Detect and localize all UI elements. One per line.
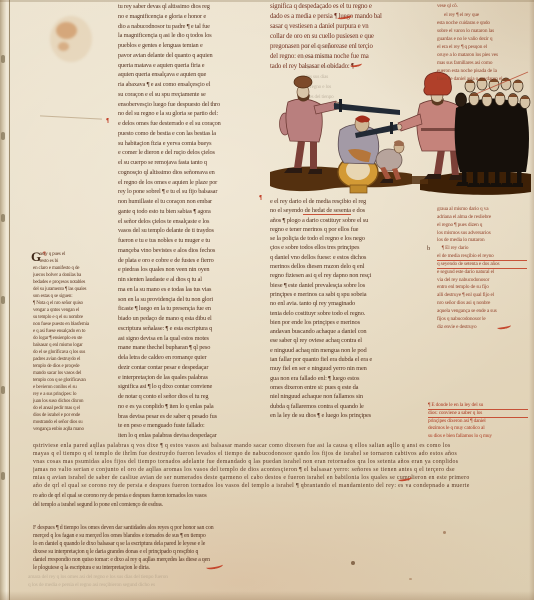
scratch-line — [40, 115, 102, 119]
manuscript-page: tu rey saber devas ql altissimo dios reg… — [0, 0, 534, 600]
stitch-mark — [1, 386, 5, 394]
red-underline — [303, 214, 351, 215]
speck — [443, 531, 446, 534]
stitch-mark — [1, 472, 5, 480]
bottom-paragraph: F despues ¶ d tiempo los omes deven dar … — [33, 524, 295, 574]
main-text-column-right: e el rey dario el de media resçibio el r… — [270, 197, 436, 421]
red-underline — [428, 417, 528, 418]
bottom-medium-lines: ro año de qrl el qual se corono rey de p… — [33, 492, 271, 510]
margin-paraph-mark: ¶ — [259, 195, 262, 201]
showthrough-text: amara del rey q los omes asi del regno e… — [28, 574, 243, 590]
stain-blotch — [56, 22, 77, 39]
group-of-black-robed-men — [455, 78, 530, 187]
red-underline — [437, 260, 527, 261]
page-bottom-edge — [0, 591, 534, 600]
main-text-column-left: tu rey saber devas ql altissimo dios reg… — [118, 2, 268, 442]
stitch-mark — [1, 55, 5, 63]
right-margin-gloss-top: el rey ¶ el rey que esta noche cuidaras … — [437, 11, 533, 85]
stitch-mark — [1, 296, 5, 304]
miniature-illustration — [270, 68, 532, 200]
margin-letter-b: b — [427, 245, 437, 255]
stain-blotch — [58, 42, 69, 51]
left-margin-gloss: assy q pues el resto es bi en claro e ma… — [33, 251, 119, 434]
speck — [351, 561, 355, 565]
stitch-mark — [1, 214, 5, 222]
bottom-commentary-block: qstriviese enla pared aqllas palabras q … — [33, 442, 531, 491]
speck — [409, 578, 412, 580]
stitch-mark — [1, 132, 5, 140]
right-margin-gloss-middle: graua al mismo dario q va adriana el alm… — [437, 206, 531, 333]
red-underline — [428, 409, 528, 410]
seated-king-struck — [338, 116, 379, 194]
sword-blade — [334, 103, 400, 115]
margin-paraph-mark: ¶ — [106, 118, 109, 124]
red-underline — [437, 268, 527, 269]
